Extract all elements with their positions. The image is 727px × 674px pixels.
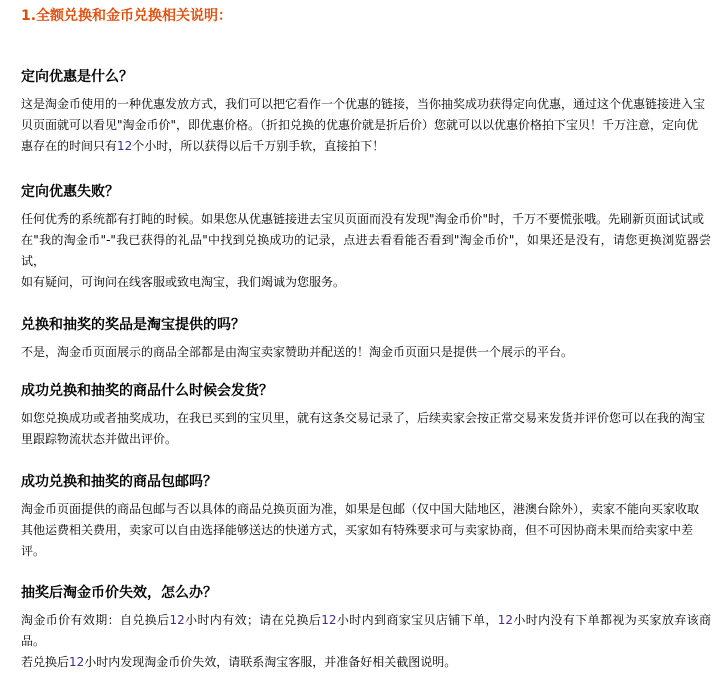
faq-section-coupon-failed: 定向优惠失败？ 任何优秀的系统都有打盹的时候。如果您从优惠链接进去宝贝页面而没有… — [21, 182, 711, 293]
page-title: 1.全额兑换和金币兑换相关说明： — [21, 5, 232, 25]
body-line: 如您兑换成功或者抽奖成功，在我已买到的宝贝里，就有这条交易记录了，后续卖家会按正… — [21, 411, 705, 425]
body-line: 淘金币页面提供的商品包邮与否以具体的商品兑换页面为准，如果是包邮（仅中国大陆地区… — [21, 502, 699, 516]
section-heading: 定向优惠失败？ — [21, 182, 711, 202]
hours-number: 12 — [498, 613, 513, 627]
body-line: 任何优秀的系统都有打盹的时候。如果您从优惠链接进去宝贝页面而没有发现"淘金币价"… — [21, 212, 704, 226]
body-line: 贝页面就可以看见"淘金币价"，即优惠价格。（折扣兑换的优惠价就是折后价）您就可以… — [21, 118, 698, 132]
body-line: 不是，淘金币页面展示的商品全部都是由淘宝卖家赞助并配送的！淘金币页面只是提供一个… — [21, 345, 573, 359]
section-body: 不是，淘金币页面展示的商品全部都是由淘宝卖家赞助并配送的！淘金币页面只是提供一个… — [21, 342, 711, 363]
section-body: 如您兑换成功或者抽奖成功，在我已买到的宝贝里，就有这条交易记录了，后续卖家会按正… — [21, 408, 711, 450]
section-heading: 抽奖后淘金币价失效，怎么办？ — [21, 583, 711, 603]
faq-section-free-shipping: 成功兑换和抽奖的商品包邮吗？ 淘金币页面提供的商品包邮与否以具体的商品兑换页面为… — [21, 472, 711, 562]
faq-section-coupon-what: 定向优惠是什么？ 这是淘金币使用的一种优惠发放方式，我们可以把它看作一个优惠的链… — [21, 67, 711, 157]
section-heading: 成功兑换和抽奖的商品包邮吗？ — [21, 472, 711, 492]
section-body: 淘金币价有效期：自兑换后12小时内有效；请在兑换后12小时内到商家宝贝店铺下单，… — [21, 610, 711, 673]
section-body: 淘金币页面提供的商品包邮与否以具体的商品兑换页面为准，如果是包邮（仅中国大陆地区… — [21, 499, 711, 562]
faq-section-shipping-time: 成功兑换和抽奖的商品什么时候会发货？ 如您兑换成功或者抽奖成功，在我已买到的宝贝… — [21, 381, 711, 450]
body-line: 评。 — [21, 544, 45, 558]
hours-number: 12 — [169, 613, 184, 627]
body-line: 这是淘金币使用的一种优惠发放方式，我们可以把它看作一个优惠的链接，当你抽奖成功获… — [21, 97, 705, 111]
section-body: 这是淘金币使用的一种优惠发放方式，我们可以把它看作一个优惠的链接，当你抽奖成功获… — [21, 94, 711, 157]
hours-number: 12 — [69, 655, 84, 669]
section-body: 任何优秀的系统都有打盹的时候。如果您从优惠链接进去宝贝页面而没有发现"淘金币价"… — [21, 209, 711, 293]
body-line: 其他运费相关费用，卖家可以自由选择能够送达的快递方式，买家如有特殊要求可与卖家协… — [21, 523, 693, 537]
section-heading: 定向优惠是什么？ — [21, 67, 711, 87]
body-line: 里跟踪物流状态并做出评价。 — [21, 432, 177, 446]
hours-number: 12 — [117, 139, 132, 153]
section-heading: 兑换和抽奖的奖品是淘宝提供的吗？ — [21, 315, 711, 335]
body-line: 若兑换后12小时内发现淘金币价失效，请联系淘宝客服，并准备好相关截图说明。 — [21, 655, 456, 669]
body-line: 如有疑问，可询问在线客服或致电淘宝，我们竭诚为您服务。 — [21, 275, 345, 289]
body-line: 在"我的淘金币"-"我已获得的礼品"中找到兑换成功的记录，点进去看看能否看到"淘… — [21, 233, 711, 268]
faq-section-price-expired: 抽奖后淘金币价失效，怎么办？ 淘金币价有效期：自兑换后12小时内有效；请在兑换后… — [21, 583, 711, 673]
body-line: 惠存在的时间只有12个小时，所以获得以后千万别手软，直接拍下！ — [21, 139, 384, 153]
faq-section-prize-provider: 兑换和抽奖的奖品是淘宝提供的吗？ 不是，淘金币页面展示的商品全部都是由淘宝卖家赞… — [21, 315, 711, 363]
section-heading: 成功兑换和抽奖的商品什么时候会发货？ — [21, 381, 711, 401]
body-line: 淘金币价有效期：自兑换后12小时内有效；请在兑换后12小时内到商家宝贝店铺下单，… — [21, 613, 711, 648]
hours-number: 12 — [321, 613, 336, 627]
